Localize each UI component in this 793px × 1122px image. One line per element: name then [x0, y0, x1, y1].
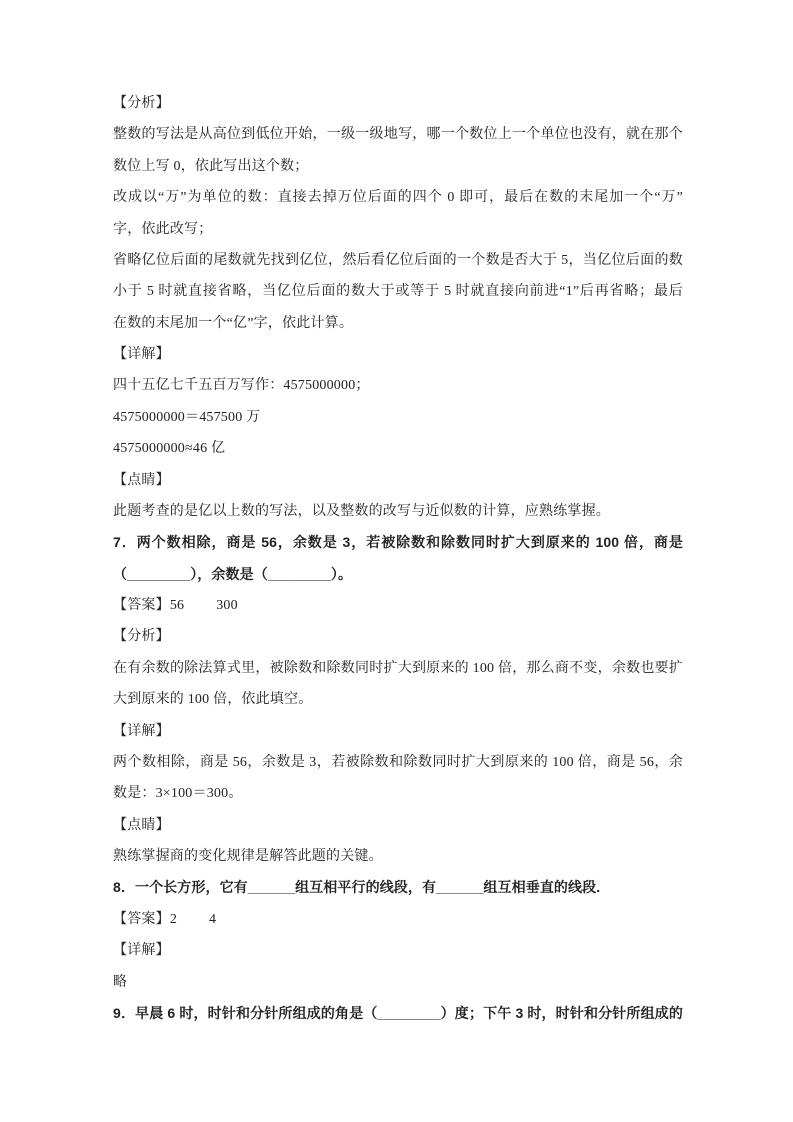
question-7-stem-line: （________），余数是（________）。 [113, 559, 683, 590]
q6-analysis-text-line: 省略亿位后面的尾数就先找到亿位，然后看亿位后面的一个数是否大于 5，当亿位后面的… [113, 245, 683, 276]
q6-analysis-text-line: 数位上写 0，依此写出这个数； [113, 151, 683, 182]
q7-answer-line: 【答案】56300 [113, 590, 683, 621]
q6-analysis-text-line: 在数的末尾加一个“亿”字，依此计算。 [113, 308, 683, 339]
q6-note-label: 【点睛】 [113, 465, 683, 496]
q6-analysis-text-line: 小于 5 时就直接省略，当亿位后面的数大于或等于 5 时就直接向前进“1”后再省… [113, 276, 683, 307]
q8-detail-label: 【详解】 [113, 935, 683, 966]
q6-detail-label: 【详解】 [113, 339, 683, 370]
question-9-stem-line: 9．早晨 6 时，时针和分针所组成的角是（________）度；下午 3 时，时… [113, 998, 683, 1029]
q8-answer-value: 2 [170, 904, 177, 935]
q6-analysis-text-line: 整数的写法是从高位到低位开始，一级一级地写，哪一个数位上一个单位也没有，就在那个 [113, 119, 683, 150]
question-7-stem-line: 7．两个数相除，商是 56，余数是 3，若被除数和除数同时扩大到原来的 100 … [113, 527, 683, 558]
q7-analysis-text-line: 大到原来的 100 倍，依此填空。 [113, 684, 683, 715]
q7-detail-label: 【详解】 [113, 716, 683, 747]
q7-analysis-label: 【分析】 [113, 621, 683, 652]
q6-analysis-label: 【分析】 [113, 88, 683, 119]
q7-detail-text-line: 数是：3×100＝300。 [113, 778, 683, 809]
q7-answer-value: 56 [170, 590, 184, 621]
q6-detail-text-line: 4575000000≈46 亿 [113, 433, 683, 464]
q7-answer-label: 【答案】 [113, 598, 170, 613]
q6-detail-text-line: 4575000000＝457500 万 [113, 402, 683, 433]
q8-answer-line: 【答案】24 [113, 904, 683, 935]
q7-answer-value: 300 [216, 590, 238, 621]
q8-answer-label: 【答案】 [113, 912, 170, 927]
q7-detail-text-line: 两个数相除，商是 56，余数是 3，若被除数和除数同时扩大到原来的 100 倍，… [113, 747, 683, 778]
q8-answer-value: 4 [209, 904, 216, 935]
document-page: 【分析】 整数的写法是从高位到低位开始，一级一级地写，哪一个数位上一个单位也没有… [0, 0, 793, 1122]
q6-detail-text-line: 四十五亿七千五百万写作：4575000000； [113, 370, 683, 401]
q7-note-text-line: 熟练掌握商的变化规律是解答此题的关键。 [113, 841, 683, 872]
q8-detail-text-line: 略 [113, 967, 683, 998]
q6-note-text-line: 此题考查的是亿以上数的写法，以及整数的改写与近似数的计算，应熟练掌握。 [113, 496, 683, 527]
q6-analysis-text-line: 字，依此改写； [113, 214, 683, 245]
question-8-stem-line: 8．一个长方形，它有______组互相平行的线段，有______组互相垂直的线段… [113, 872, 683, 903]
q7-note-label: 【点睛】 [113, 810, 683, 841]
q7-analysis-text-line: 在有余数的除法算式里，被除数和除数同时扩大到原来的 100 倍，那么商不变，余数… [113, 653, 683, 684]
q6-analysis-text-line: 改成以“万”为单位的数：直接去掉万位后面的四个 0 即可，最后在数的末尾加一个“… [113, 182, 683, 213]
